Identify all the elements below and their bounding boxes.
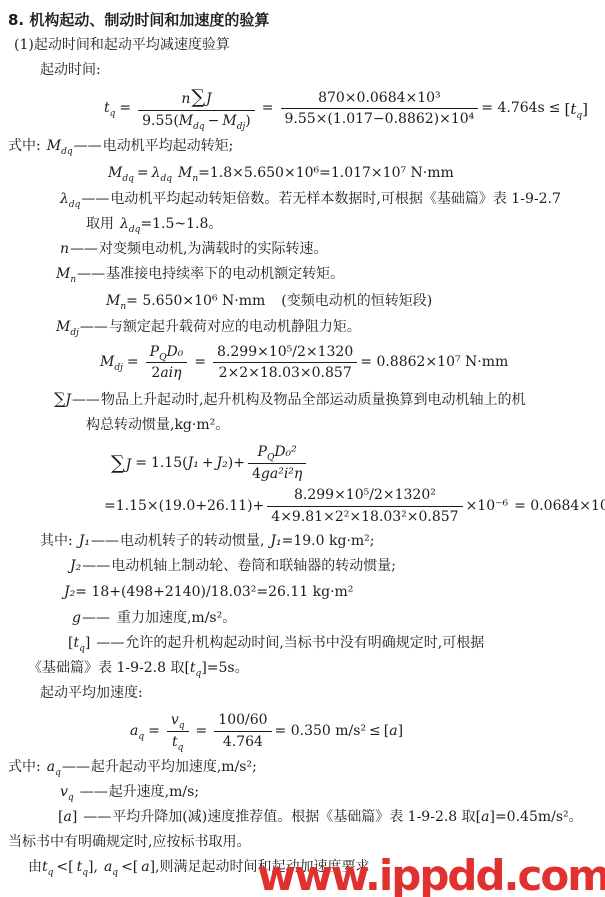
definition-text: 与额定起升载荷对应的电动机静阻力矩。 [109,319,361,335]
definition-text: 基准接电持续率下的电动机额定转矩。 [106,266,344,282]
formula-result: = 5.650×10⁶ N·mm [126,293,265,309]
math-sub: q [178,743,184,753]
formula-j2: J₂= 18+(498+2140)/18.03²=26.11 kg·m² [8,579,599,606]
def-vq: vq——起升速度,m/s; [8,780,599,805]
math-sub: dj [114,363,123,373]
equals-sign: = [119,100,131,117]
math-sub: dq [61,146,73,156]
math-var: v [60,784,68,800]
formula-sumj-numeric: =1.15×(19.0+26.11)+ 8.299×10⁵/2×1320²4×9… [8,487,599,526]
math-var: J₂ [217,455,228,471]
math-var: a [389,723,397,739]
dash: —— [91,533,119,549]
math-var: D₀² [274,444,296,460]
definition-text: 电动机转子的转动惯量, [120,533,264,549]
where-label: 其中: [40,533,73,549]
definition-text: =19.0 kg·m²; [282,533,375,549]
math-var: n [181,91,190,107]
formula-start-time: tq = n∑J9.55(Mdq−Mdj) = 870×0.0684×10³9.… [8,88,599,130]
math-var: v [171,712,179,728]
leq-sign: ≤ [549,100,561,117]
definition-text: 电动机轴上制动轮、卷筒和联轴器的转动惯量; [111,558,396,574]
math-var: g [72,610,81,626]
math-token: ], [88,859,98,875]
where-line-aq: 式中:aq——起升起动平均加速度,m/s²; [8,755,599,780]
dash: —— [62,759,90,775]
math-var-sumj: ∑J [110,454,131,474]
math-var: a [47,759,55,775]
math-var: M [108,165,122,181]
dash: —— [72,392,100,408]
math-sub: q [55,768,61,778]
formula-mn: Mn= 5.650×10⁶ N·mm(变频电动机的恒转矩段) [8,287,599,315]
equals-sign: = [127,354,139,371]
fraction-denominator: tq [167,732,189,751]
math-token: 9.55( [142,113,179,129]
watermark-text: www.ippdd.com [257,855,605,897]
math-var: M [56,319,70,335]
math-sub: dj [237,122,246,132]
fraction-numerator: PQD₀² [248,444,306,464]
fraction-symbolic: PQD₀2aiη [146,344,188,383]
math-token: ) [245,113,250,129]
allowed-limit: [tq] [564,100,588,118]
formula-note: (变频电动机的恒转矩段) [281,293,432,309]
definition-text: 起升速度,m/s; [109,784,199,800]
equals-sign: = [262,100,274,117]
fraction-symbolic: PQD₀²4ga²i²η [248,444,306,483]
fraction-denominator: 2×2×18.03×0.857 [213,363,357,382]
fraction-numeric: 100/604.764 [214,712,271,751]
plus-sign: + [202,455,214,471]
dash: —— [80,784,108,800]
math-var: J [65,392,71,408]
math-var: J₂ [64,584,75,600]
math-var: a [63,809,71,825]
accel-label: 起动平均加速度: [8,681,599,706]
definition-text: 电动机平均起动转矩; [103,138,234,154]
math-sub: q [138,732,144,742]
formula-mdq: Mdq=λdqMn=1.8×5.650×10⁶=1.017×10⁷ N·mm [8,159,599,187]
math-var: J₁ [79,533,90,549]
bracket: ] [582,100,588,118]
fraction-numerator: 8.299×10⁵/2×1320 [213,344,357,364]
formula-result: = 18+(498+2140)/18.03²=26.11 kg·m² [75,584,353,600]
definition-text: 平均升降加(减)速度推荐值。根据《基础篇》表 1-9-2.8 取[ [112,809,481,825]
formula-sumj: ∑J = 1.15(J₁+J₂)+ PQD₀²4ga²i²η [8,444,599,483]
fraction-numerator: 8.299×10⁵/2×1320² [267,487,462,507]
formula-result: = 0.350 m/s² [275,723,367,740]
math-token: 4 [252,466,261,482]
dash: —— [70,241,98,257]
def-a: [a]——平均升降加(减)速度推荐值。根据《基础篇》表 1-9-2.8 取[a]… [8,805,599,830]
math-var: a [141,859,149,875]
where-label: 式中: [8,138,41,154]
def-j2: J₂——电动机轴上制动轮、卷筒和联轴器的转动惯量; [8,554,599,579]
fraction-numeric: 8.299×10⁵/2×1320²4×9.81×2²×18.03²×0.857 [267,487,462,526]
math-sub: q [68,793,74,803]
def-g: g——重力加速度,m/s²。 [8,606,599,631]
math-token: ×10⁻⁶ [466,498,509,515]
equals-sign: = [194,354,206,371]
equals-sign: = [196,723,208,740]
def-sumj: ∑J——物品上升起动时,起升机构及物品全部运动质量换算到电动机轴上的机 [8,386,599,413]
definition-text: 起升起动平均加速度,m/s²; [91,759,257,775]
dash: —— [83,809,111,825]
math-var: n [60,241,69,257]
dash: —— [80,319,108,335]
math-var: λ [60,191,69,207]
math-var: P [258,444,267,460]
math-var: J₂ [70,558,81,574]
formula-result: = 4.764s [481,100,544,117]
def-lambda-cont: 取用λdq=1.5~1.8。 [8,212,599,237]
definition-text: 允许的起升机构起动时间,当标书中没有明确规定时,可根据 [125,635,484,651]
math-token: )+ [228,455,245,471]
dash: —— [82,558,110,574]
where-line-mdq: 式中:Mdq——电动机平均起动转矩; [8,134,599,159]
math-sub: q [112,868,118,878]
fraction-numerator: 870×0.0684×10³ [281,90,479,110]
def-tq-allow-cont: 《基础篇》表 1-9-2.8 取[tq]=5s。 [8,656,599,681]
sum-symbol: ∑ [111,452,125,474]
math-sub: dq [193,122,205,132]
def-sumj-cont: 构总转动惯量,kg·m²。 [8,413,599,438]
def-tq-allow: [tq]——允许的起升机构起动时间,当标书中没有明确规定时,可根据 [8,631,599,656]
math-var: D₀ [166,344,183,360]
math-sub: dq [160,173,172,183]
fraction-numerator: n∑J [138,88,255,111]
math-var: ga²i²η [261,466,302,482]
equals-sign: = [135,455,147,472]
definition-text: 对变频电动机,为满载时的实际转速。 [99,241,327,257]
math-var: aiη [160,365,181,381]
formula-result: = 0.8862×10⁷ N·mm [360,354,508,371]
math-var: M [100,354,114,370]
fraction-denominator: 9.55×(1.017−0.8862)×10⁴ [281,109,479,128]
fraction-symbolic: n∑J9.55(Mdq−Mdj) [138,88,255,130]
math-sub: q [179,721,185,731]
math-sub: dj [70,327,79,337]
definition-text: 由 [28,859,42,875]
math-var-mdj: Mdj [100,354,123,371]
dash: —— [82,610,110,626]
math-var: J₁ [188,455,199,471]
definition-text: =1.5~1.8。 [140,216,222,232]
math-var: J [126,457,132,473]
fraction-symbolic: vqtq [167,712,189,751]
allowed-limit: [a] [384,723,403,740]
dash: —— [81,191,109,207]
definition-text: ]=0.45m/s²。 [489,809,582,825]
math-var: M [222,113,236,129]
math-var: M [47,138,61,154]
math-sub: q [48,868,54,878]
sum-symbol: ∑ [191,86,205,108]
fraction-numeric: 8.299×10⁵/2×13202×2×18.03×0.857 [213,344,357,383]
equals-sign: = [137,165,149,181]
definition-text: 《基础篇》表 1-9-2.8 取[ [28,660,190,676]
math-sub: dq [129,224,141,234]
fraction-denominator: 2aiη [146,363,188,382]
def-mn: Mn——基准接电持续率下的电动机额定转矩。 [8,262,599,287]
bracket: ] [85,635,90,651]
definition-text: ]=5s。 [201,660,248,676]
definition-text: 取用 [86,216,114,232]
math-sub: dq [69,199,81,209]
def-mdj: Mdj——与额定起升载荷对应的电动机静阻力矩。 [8,315,599,340]
math-token: =1.15×(19.0+26.11)+ [104,498,264,515]
math-sub: dq [122,173,134,183]
leq-sign: ≤ [369,723,381,740]
fraction-numeric: 870×0.0684×10³9.55×(1.017−0.8862)×10⁴ [281,90,479,129]
math-expression: 1.15(J₁+J₂)+ [151,455,245,472]
section-heading: 8. 机构起动、制动时间和加速度的验算 [8,8,599,33]
fraction-denominator: 4×9.81×2²×18.03²×0.857 [267,507,462,526]
fraction-denominator: 4ga²i²η [248,464,306,483]
fraction-numerator: 100/60 [214,712,271,732]
bracket: ] [72,809,77,825]
math-token: <[ [121,859,138,875]
math-var-tq: tq [104,100,115,117]
math-var: P [150,344,159,360]
math-sub: n [70,274,76,284]
dash: —— [74,138,102,154]
def-n: n——对变频电动机,为满载时的实际转速。 [8,237,599,262]
start-time-label: 起动时间: [8,58,599,83]
dash: —— [96,635,124,651]
where-label: 式中: [8,759,41,775]
math-var-aq: aq [130,723,144,740]
fraction-denominator: 4.764 [214,732,271,751]
minus-sign: − [208,113,220,129]
dash: —— [77,266,105,282]
definition-text: 重力加速度,m/s²。 [117,610,236,626]
document-page: 8. 机构起动、制动时间和加速度的验算 (1)起动时间和起动平均减速度验算 起动… [0,0,605,897]
definition-text: 物品上升起动时,起升机构及物品全部运动质量换算到电动机轴上的机 [101,392,525,408]
formula-result: =1.8×5.650×10⁶=1.017×10⁷ N·mm [198,165,454,181]
math-var: M [178,165,192,181]
math-token: <[ [56,859,73,875]
math-var: M [106,293,120,309]
formula-result: = 0.0684×10³ kg·m² [514,498,605,515]
definition-text: 电动机平均起动转矩倍数。若无样本数据时,可根据《基础篇》表 1-9-2.7 [110,191,560,207]
formula-mdj: Mdj = PQD₀2aiη = 8.299×10⁵/2×13202×2×18.… [8,344,599,383]
math-token: 1.15( [151,455,188,471]
math-var: J [206,91,212,107]
def-lambda: λdq——电动机平均起动转矩倍数。若无样本数据时,可根据《基础篇》表 1-9-2… [8,187,599,212]
math-var: λ [120,216,129,232]
equals-sign: = [148,723,160,740]
fraction-numerator: vq [167,712,189,732]
math-var: M [56,266,70,282]
bracket: ] [398,723,403,739]
fraction-denominator: 9.55(Mdq−Mdj) [138,111,255,130]
math-var: J₁ [270,533,281,549]
where-line-j1: 其中:J₁——电动机转子的转动惯量,J₁=19.0 kg·m²; [8,529,599,554]
math-sub: q [110,109,116,119]
math-token: 2 [151,365,160,381]
fraction-numerator: PQD₀ [146,344,188,364]
formula-aq: aq = vqtq = 100/604.764 = 0.350 m/s² ≤ [… [8,712,599,751]
math-var: M [179,113,193,129]
subsection-heading: (1)起动时间和起动平均减速度验算 [8,33,599,58]
sum-symbol: ∑ [54,389,65,408]
